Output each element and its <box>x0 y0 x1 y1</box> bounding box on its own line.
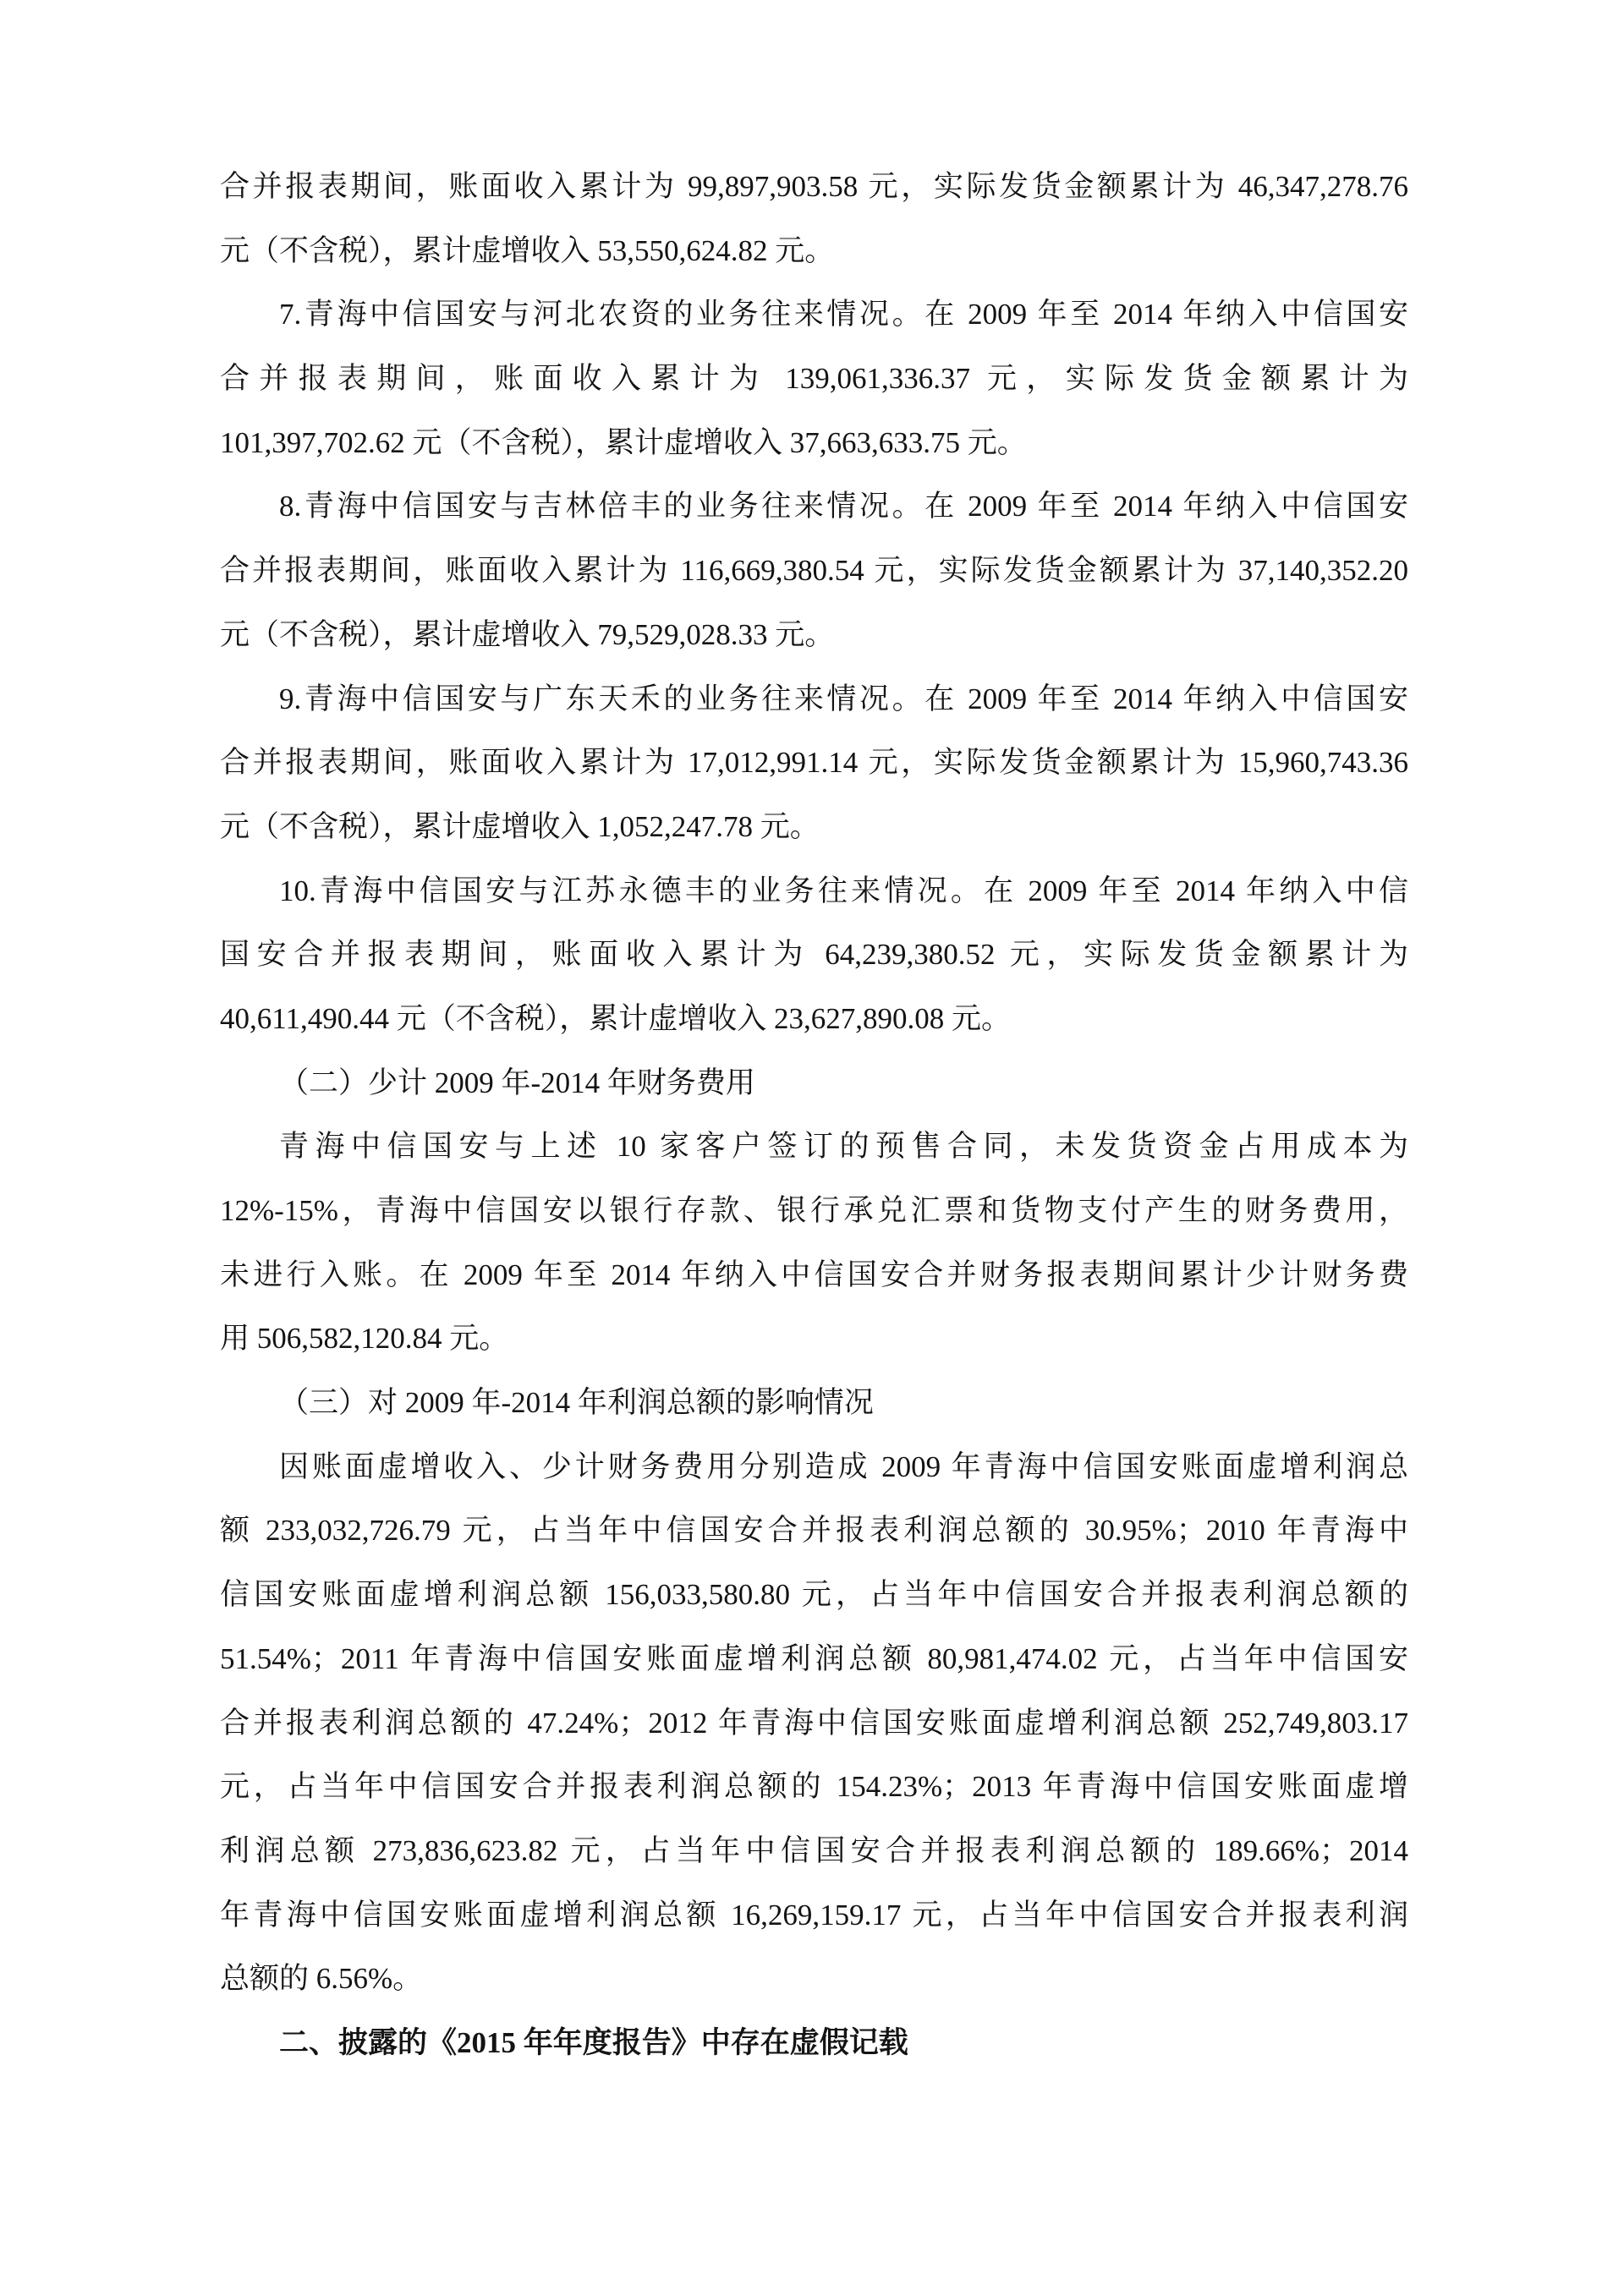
text-line: 合并报表期间，账面收入累计为 99,897,903.58 元，实际发货金额累计为… <box>220 155 1408 219</box>
text-line: 合并报表期间，账面收入累计为 139,061,336.37 元，实际发货金额累计… <box>220 347 1408 411</box>
paragraph-item-9: 9.青海中信国安与广东天禾的业务往来情况。在 2009 年至 2014 年纳入中… <box>220 667 1408 859</box>
text-line: 额 233,032,726.79 元，占当年中信国安合并报表利润总额的 30.9… <box>220 1499 1408 1563</box>
text-line: 信国安账面虚增利润总额 156,033,580.80 元，占当年中信国安合并报表… <box>220 1563 1408 1627</box>
text-line: 元，占当年中信国安合并报表利润总额的 154.23%；2013 年青海中信国安账… <box>220 1755 1408 1819</box>
text-line: 未进行入账。在 2009 年至 2014 年纳入中信国安合并财务报表期间累计少计… <box>220 1243 1408 1307</box>
subheading-3-profit-impact: （三）对 2009 年-2014 年利润总额的影响情况 <box>220 1371 1408 1435</box>
text-line: 101,397,702.62 元（不含税），累计虚增收入 37,663,633.… <box>220 411 1408 475</box>
paragraph-6-continuation: 合并报表期间，账面收入累计为 99,897,903.58 元，实际发货金额累计为… <box>220 155 1408 282</box>
text-line: 40,611,490.44 元（不含税），累计虚增收入 23,627,890.0… <box>220 987 1408 1051</box>
text-line: 合并报表期间，账面收入累计为 17,012,991.14 元，实际发货金额累计为… <box>220 731 1408 795</box>
text-line: 元（不含税），累计虚增收入 79,529,028.33 元。 <box>220 603 1408 667</box>
text-line: 用 506,582,120.84 元。 <box>220 1307 1408 1371</box>
text-line: （二）少计 2009 年-2014 年财务费用 <box>220 1051 1408 1115</box>
text-line: 国安合并报表期间，账面收入累计为 64,239,380.52 元，实际发货金额累… <box>220 923 1408 987</box>
document-page: 合并报表期间，账面收入累计为 99,897,903.58 元，实际发货金额累计为… <box>0 0 1624 2296</box>
text-line: 9.青海中信国安与广东天禾的业务往来情况。在 2009 年至 2014 年纳入中… <box>220 667 1408 732</box>
section-heading: 二、披露的《2015 年年度报告》中存在虚假记载 <box>220 2011 1408 2075</box>
text-line: 合并报表期间，账面收入累计为 116,669,380.54 元，实际发货金额累计… <box>220 539 1408 603</box>
text-line: 年青海中信国安账面虚增利润总额 16,269,159.17 元，占当年中信国安合… <box>220 1883 1408 1948</box>
subheading-2-fees: （二）少计 2009 年-2014 年财务费用 <box>220 1051 1408 1115</box>
paragraph-profit-impact-detail: 因账面虚增收入、少计财务费用分别造成 2009 年青海中信国安账面虚增利润总 额… <box>220 1435 1408 2011</box>
heading-section-2-annual-report-2015: 二、披露的《2015 年年度报告》中存在虚假记载 <box>220 2011 1408 2075</box>
text-line: 利润总额 273,836,623.82 元，占当年中信国安合并报表利润总额的 1… <box>220 1819 1408 1883</box>
text-line: 合并报表利润总额的 47.24%；2012 年青海中信国安账面虚增利润总额 25… <box>220 1691 1408 1756</box>
text-line: 51.54%；2011 年青海中信国安账面虚增利润总额 80,981,474.0… <box>220 1627 1408 1691</box>
paragraph-item-7: 7.青海中信国安与河北农资的业务往来情况。在 2009 年至 2014 年纳入中… <box>220 282 1408 474</box>
text-line: 青海中信国安与上述 10 家客户签订的预售合同，未发货资金占用成本为 <box>220 1115 1408 1179</box>
text-line: 因账面虚增收入、少计财务费用分别造成 2009 年青海中信国安账面虚增利润总 <box>220 1435 1408 1499</box>
text-line: 8.青海中信国安与吉林倍丰的业务往来情况。在 2009 年至 2014 年纳入中… <box>220 474 1408 539</box>
paragraph-item-8: 8.青海中信国安与吉林倍丰的业务往来情况。在 2009 年至 2014 年纳入中… <box>220 474 1408 666</box>
text-line: 7.青海中信国安与河北农资的业务往来情况。在 2009 年至 2014 年纳入中… <box>220 282 1408 347</box>
text-line: 12%-15%，青海中信国安以银行存款、银行承兑汇票和货物支付产生的财务费用， <box>220 1179 1408 1243</box>
text-line: （三）对 2009 年-2014 年利润总额的影响情况 <box>220 1371 1408 1435</box>
paragraph-item-10: 10.青海中信国安与江苏永德丰的业务往来情况。在 2009 年至 2014 年纳… <box>220 859 1408 1051</box>
text-line: 10.青海中信国安与江苏永德丰的业务往来情况。在 2009 年至 2014 年纳… <box>220 859 1408 923</box>
text-line: 元（不含税），累计虚增收入 53,550,624.82 元。 <box>220 219 1408 283</box>
text-line: 元（不含税），累计虚增收入 1,052,247.78 元。 <box>220 795 1408 859</box>
paragraph-fees-detail: 青海中信国安与上述 10 家客户签订的预售合同，未发货资金占用成本为 12%-1… <box>220 1115 1408 1371</box>
text-line: 总额的 6.56%。 <box>220 1947 1408 2011</box>
